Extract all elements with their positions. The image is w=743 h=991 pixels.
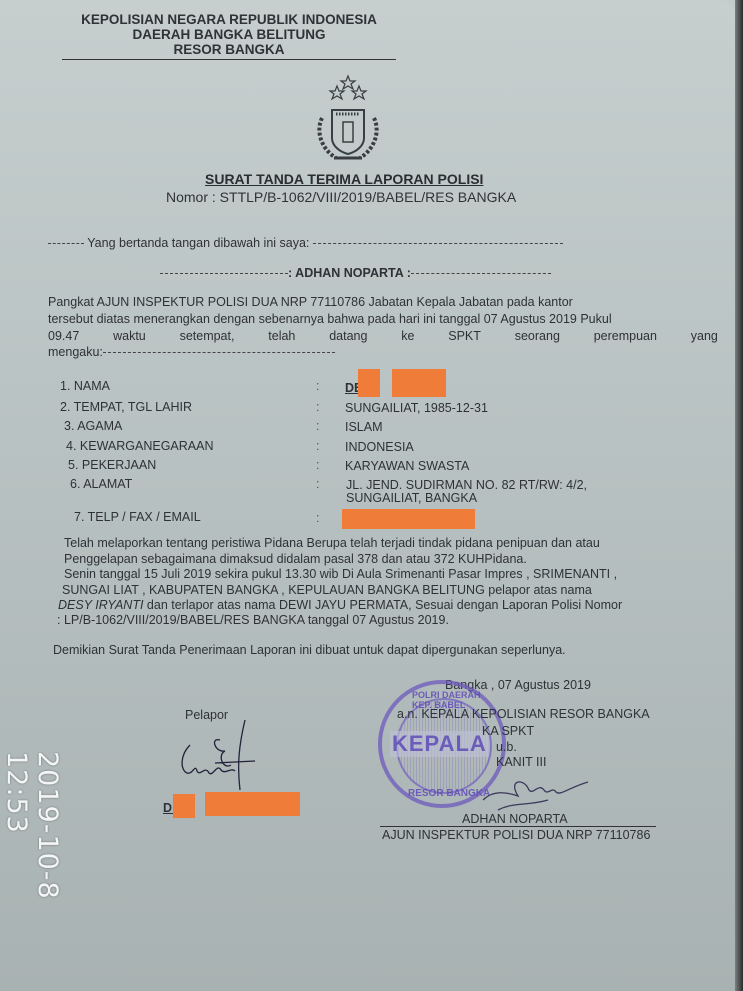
word: ke: [401, 329, 414, 345]
field-label-alamat: 6. ALAMAT: [70, 477, 132, 491]
field-value-kewarganegaraan: INDONESIA: [345, 440, 414, 454]
letterhead-underline: [62, 59, 396, 60]
word: seorang: [515, 329, 560, 345]
word: waktu: [113, 329, 146, 345]
field-label-agama: 3. AGAMA: [64, 419, 122, 433]
report-line-5: DESY IRYANTI dan terlapor atas nama DEWI…: [58, 598, 622, 614]
statement-line-1: Pangkat AJUN INSPEKTUR POLISI DUA NRP 77…: [48, 295, 573, 311]
intro-text: Yang bertanda tangan dibawah ini saya:: [87, 236, 309, 250]
word: yang: [691, 329, 718, 345]
signature-underline: [380, 826, 656, 827]
mengaku-text: mengaku:: [48, 345, 103, 359]
officer-name: : ADHAN NOPARTA :: [288, 266, 411, 280]
dash-filler: [48, 243, 84, 244]
dash-filler: [313, 243, 563, 244]
field-colon: :: [316, 419, 319, 433]
field-label-kewarganegaraan: 4. KEWARGANEGARAAN: [66, 439, 214, 453]
redaction-box: [392, 369, 446, 397]
redaction-box: [342, 509, 475, 529]
photo-timestamp: 2019-10-8 12:53: [1, 751, 63, 991]
report-line-1: Telah melaporkan tentang peristiwa Pidan…: [64, 536, 600, 552]
photo-edge: [735, 0, 743, 991]
letterhead-line3: RESOR BANGKA: [62, 42, 396, 57]
field-label-telp: 7. TELP / FAX / EMAIL: [74, 510, 201, 524]
stamp-center-text: KEPALA: [390, 731, 489, 757]
intro-line: Yang bertanda tangan dibawah ini saya:: [48, 236, 563, 250]
kanit-line: KANIT III: [496, 755, 546, 769]
word: SPKT: [448, 329, 481, 345]
dash-filler: [103, 352, 335, 353]
statement-line-4: mengaku:: [48, 345, 335, 361]
field-value-ttl: SUNGAILIAT, 1985-12-31: [345, 401, 488, 415]
field-colon: :: [316, 439, 319, 453]
reporter-signature-icon: [175, 715, 260, 790]
field-colon: :: [316, 511, 319, 525]
word: telah: [268, 329, 295, 345]
field-colon: :: [316, 458, 319, 472]
ub-line: u.b.: [496, 740, 517, 754]
field-label-ttl: 2. TEMPAT, TGL LAHIR: [60, 400, 192, 414]
report-line-5-rest: dan terlapor atas nama DEWI JAYU PERMATA…: [143, 598, 622, 612]
dash-filler: [160, 273, 288, 274]
officer-rank: AJUN INSPEKTUR POLISI DUA NRP 77110786: [382, 828, 650, 842]
statement-line-3: 09.47 waktu setempat, telah datang ke SP…: [48, 329, 718, 345]
field-label-nama: 1. NAMA: [60, 379, 110, 393]
document-page: KEPOLISIAN NEGARA REPUBLIK INDONESIA DAE…: [0, 0, 735, 991]
field-value-alamat-1: JL. JEND. SUDIRMAN NO. 82 RT/RW: 4/2,: [346, 478, 587, 492]
report-line-4: SUNGAI LIAT , KABUPATEN BANGKA , KEPULAU…: [62, 583, 592, 599]
ka-spkt-line: KA SPKT: [482, 724, 534, 738]
word: perempuan: [594, 329, 657, 345]
redaction-box: [205, 792, 300, 816]
report-line-2: Penggelapan sebagaimana dimaksud didalam…: [64, 552, 527, 568]
redaction-box: [358, 369, 380, 397]
officer-signature-icon: [478, 770, 598, 815]
field-value-alamat-2: SUNGAILIAT, BANGKA: [346, 491, 477, 505]
field-value-agama: ISLAM: [345, 420, 383, 434]
word: datang: [329, 329, 367, 345]
redaction-box: [173, 794, 195, 818]
letterhead-line1: KEPOLISIAN NEGARA REPUBLIK INDONESIA: [62, 12, 396, 27]
statement-line-2: tersebut diatas menerangkan dengan seben…: [48, 312, 612, 328]
officer-line: : ADHAN NOPARTA :: [160, 266, 551, 280]
dash-filler: [411, 273, 551, 274]
field-value-pekerjaan: KARYAWAN SWASTA: [345, 459, 469, 473]
reporter-name-italic: DESY IRYANTI: [58, 598, 143, 612]
document-number: Nomor : STTLP/B-1062/VIII/2019/BABEL/RES…: [166, 189, 516, 205]
an-line: a.n. KEPALA KEPOLISIAN RESOR BANGKA: [397, 707, 650, 721]
officer-signature-name: ADHAN NOPARTA: [462, 812, 568, 826]
document-title: SURAT TANDA TERIMA LAPORAN POLISI: [205, 171, 483, 187]
field-colon: :: [316, 379, 319, 393]
report-line-3: Senin tanggal 15 Juli 2019 sekira pukul …: [64, 567, 617, 583]
field-label-pekerjaan: 5. PEKERJAAN: [68, 458, 156, 472]
closing-statement: Demikian Surat Tanda Penerimaan Laporan …: [53, 643, 566, 659]
letterhead-line2: DAERAH BANGKA BELITUNG: [62, 27, 396, 42]
police-emblem-icon: [312, 74, 384, 166]
report-line-6: : LP/B-1062/VIII/2019/BABEL/RES BANGKA t…: [57, 613, 449, 629]
word: setempat,: [180, 329, 235, 345]
field-colon: :: [316, 400, 319, 414]
field-colon: :: [316, 477, 319, 491]
word: 09.47: [48, 329, 79, 345]
